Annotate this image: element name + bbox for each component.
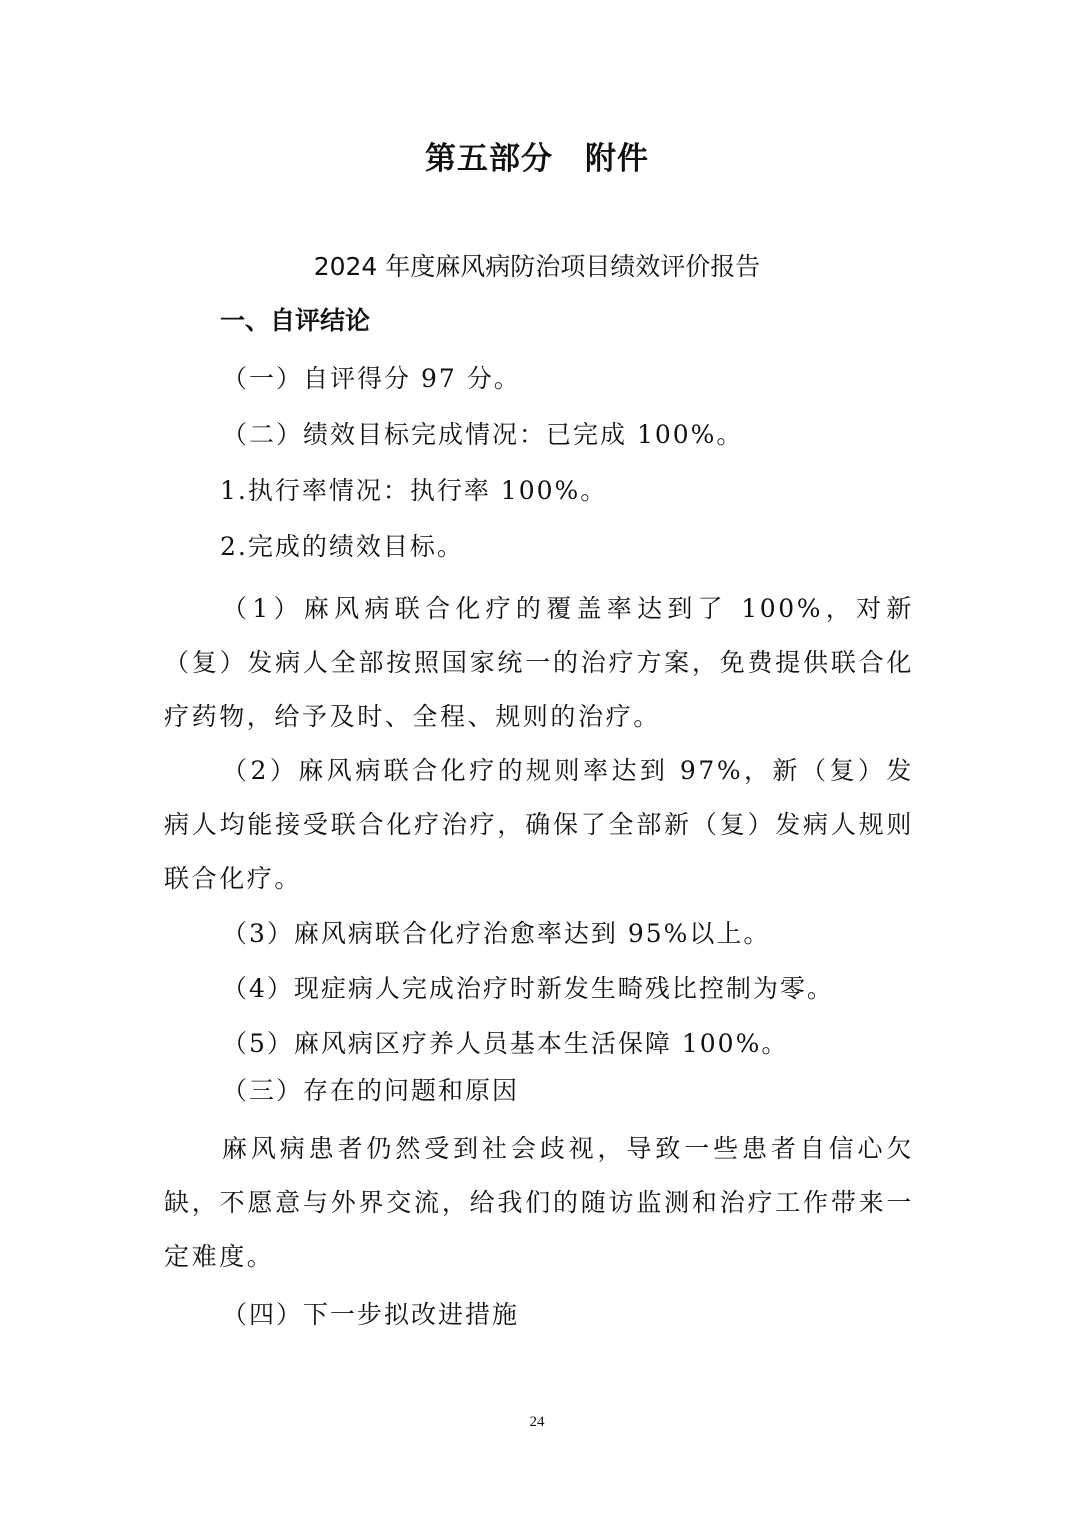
problems-heading: （三）存在的问题和原因 xyxy=(222,1072,519,1110)
goal-5-line: （5）麻风病区疗养人员基本生活保障 100%。 xyxy=(222,1025,788,1063)
part-title-sub: 附件 xyxy=(585,141,649,177)
completed-goals-heading: 2.完成的绩效目标。 xyxy=(220,528,464,566)
next-steps-heading: （四）下一步拟改进措施 xyxy=(222,1296,519,1334)
goal-1-paragraph: （1）麻风病联合化疗的覆盖率达到了 100%，对新（复）发病人全部按照国家统一的… xyxy=(164,582,914,744)
report-title: 2024 年度麻风病防治项目绩效评价报告 xyxy=(0,248,1074,286)
problems-paragraph: 麻风病患者仍然受到社会歧视，导致一些患者自信心欠缺，不愿意与外界交流，给我们的随… xyxy=(164,1122,914,1284)
goal-3-line: （3）麻风病联合化疗治愈率达到 95%以上。 xyxy=(222,915,770,953)
score-line: （一）自评得分 97 分。 xyxy=(222,360,521,398)
part-title-main: 第五部分 xyxy=(425,141,553,177)
goal-completion-line: （二）绩效目标完成情况：已完成 100%。 xyxy=(222,416,743,454)
page-number: 24 xyxy=(0,1412,1074,1432)
document-page: 第五部分附件 2024 年度麻风病防治项目绩效评价报告 一、自评结论 （一）自评… xyxy=(0,0,1074,1520)
goal-4-line: （4）现症病人完成治疗时新发生畸残比控制为零。 xyxy=(222,970,834,1008)
goal-2-paragraph: （2）麻风病联合化疗的规则率达到 97%，新（复）发病人均能接受联合化疗治疗，确… xyxy=(164,744,914,906)
execution-rate-line: 1.执行率情况：执行率 100%。 xyxy=(220,472,607,510)
part-title: 第五部分附件 xyxy=(0,137,1074,181)
section-heading-self-evaluation: 一、自评结论 xyxy=(220,302,370,340)
